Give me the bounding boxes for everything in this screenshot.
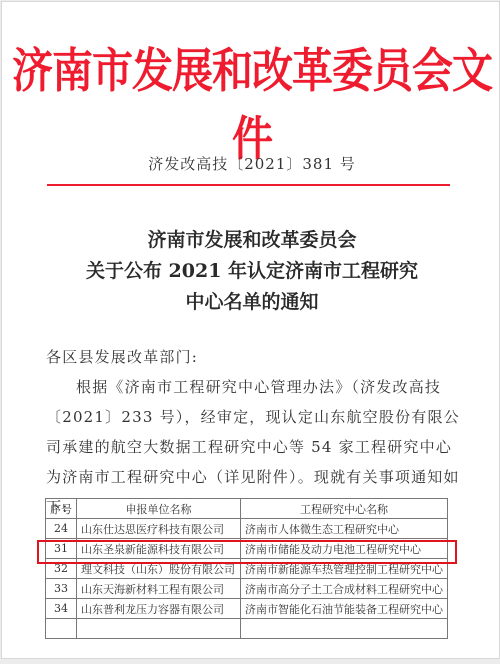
row-no: 24: [46, 519, 77, 539]
row-no: 33: [46, 579, 77, 599]
document-number: 济发改高技〔2021〕381 号: [2, 153, 500, 174]
masthead-title: 济南市发展和改革委员会文件: [2, 33, 500, 169]
notice-body: 各区县发展改革部门: 根据《济南市工程研究中心管理办法》（济发改高技〔2021〕…: [46, 342, 466, 522]
table-row: 24 山东仕达思医疗科技有限公司 济南市人体微生态工程研究中心: [46, 519, 448, 539]
row-company: 山东天海新材料工程有限公司: [77, 579, 241, 599]
table-header-row: 序号 申报单位名称 工程研究中心名称: [46, 499, 448, 519]
row-center: 济南市高分子土工合成材料工程研究中心: [241, 579, 448, 599]
table-row: 34 山东普利龙压力容器有限公司 济南市智能化石油节能装备工程研究中心: [46, 599, 448, 619]
highlight-box: [37, 540, 457, 564]
row-company: 山东普利龙压力容器有限公司: [77, 599, 241, 619]
table-row-cutoff: [46, 619, 448, 639]
row-center: 济南市智能化石油节能装备工程研究中心: [241, 599, 448, 619]
title-line-1: 济南市发展和改革委员会: [2, 225, 500, 256]
header-no: 序号: [46, 499, 77, 519]
title-line-2: 关于公布 2021 年认定济南市工程研究: [2, 256, 500, 287]
header-company: 申报单位名称: [77, 499, 241, 519]
row-no: 34: [46, 599, 77, 619]
salutation: 各区县发展改革部门:: [46, 342, 466, 372]
header-center: 工程研究中心名称: [241, 499, 448, 519]
row-company: 山东仕达思医疗科技有限公司: [77, 519, 241, 539]
title-line-3: 中心名单的通知: [2, 287, 500, 318]
center-list-table: 序号 申报单位名称 工程研究中心名称 24 山东仕达思医疗科技有限公司 济南市人…: [45, 498, 448, 639]
notice-title: 济南市发展和改革委员会 关于公布 2021 年认定济南市工程研究 中心名单的通知: [2, 225, 500, 318]
table-row: 33 山东天海新材料工程有限公司 济南市高分子土工合成材料工程研究中心: [46, 579, 448, 599]
red-divider-line: [47, 184, 450, 186]
row-center: 济南市人体微生态工程研究中心: [241, 519, 448, 539]
